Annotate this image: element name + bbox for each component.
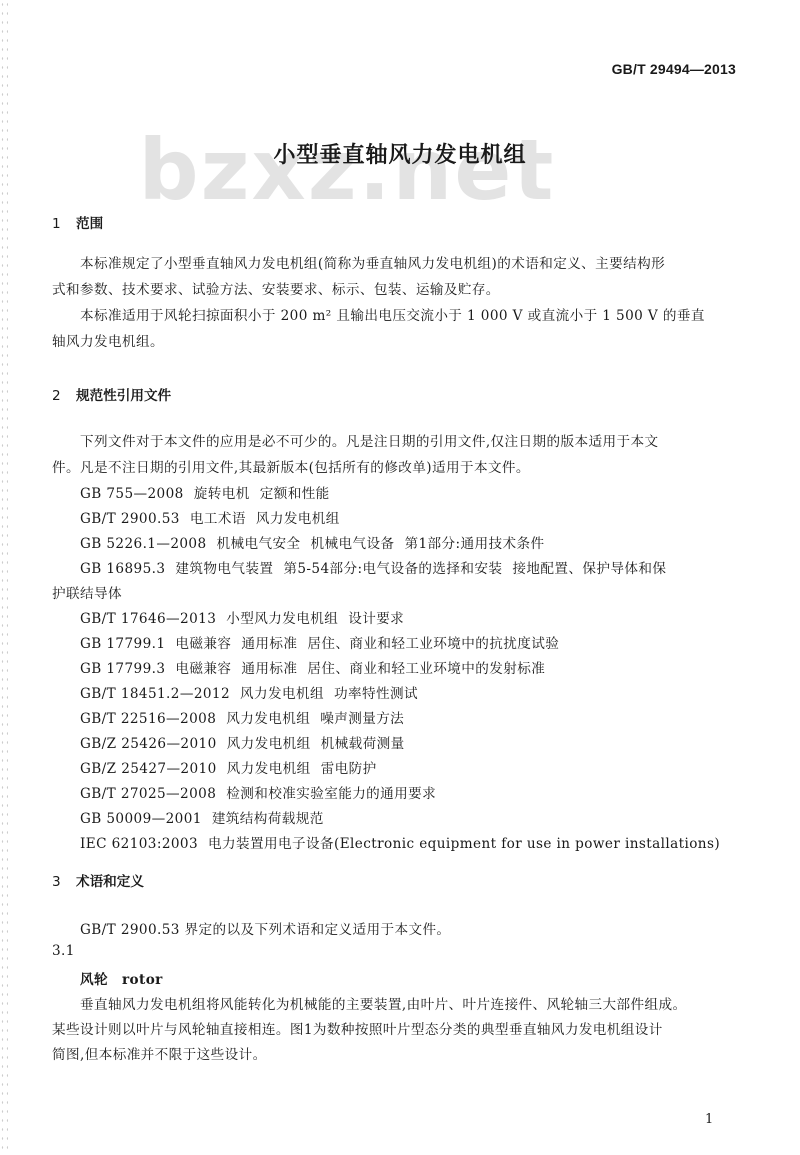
reference-code: GB/Z 25426—2010	[80, 736, 217, 752]
reference-title-part: 风力发电机组	[240, 686, 324, 702]
section-number: 3	[52, 874, 76, 890]
document-title: 小型垂直轴风力发电机组	[0, 138, 800, 169]
section-title: 术语和定义	[76, 874, 144, 890]
reference-code: GB 50009—2001	[80, 811, 202, 827]
section-title: 范围	[76, 216, 103, 232]
reference-item: GB/T 18451.2—2012风力发电机组功率特性测试	[80, 682, 428, 702]
section-number: 1	[52, 216, 76, 232]
reference-title-part: 风力发电机组	[227, 761, 311, 777]
reference-item: GB/T 22516—2008风力发电机组噪声测量方法	[80, 707, 414, 727]
reference-title-part: 旋转电机	[194, 486, 250, 502]
reference-item: GB 5226.1—2008机械电气安全机械电气设备第1部分:通用技术条件	[80, 532, 554, 552]
reference-item: GB/T 2900.53电工术语风力发电机组	[80, 507, 350, 527]
reference-title-part: 机械电气安全	[217, 536, 301, 552]
term-chinese: 风轮	[80, 972, 108, 988]
paragraph-line: 式和参数、技术要求、试验方法、安装要求、标示、包装、运输及贮存。	[52, 278, 500, 298]
reference-title-part: 电磁兼容	[175, 636, 231, 652]
reference-code: IEC 62103:2003	[80, 836, 198, 852]
section-2-heading: 2规范性引用文件	[52, 384, 171, 404]
standard-code: GB/T 29494—2013	[600, 61, 736, 77]
reference-item: GB 755—2008旋转电机定额和性能	[80, 482, 340, 502]
reference-title-part: 建筑物电气装置	[175, 561, 273, 577]
reference-title-part: 雷电防护	[321, 761, 377, 777]
reference-item: GB 17799.1电磁兼容通用标准居住、商业和轻工业环境中的抗扰度试验	[80, 632, 569, 652]
section-3-heading: 3术语和定义	[52, 870, 144, 890]
reference-item: GB/Z 25426—2010风力发电机组机械载荷测量	[80, 732, 415, 752]
reference-title-part: 第5-54部分:电气设备的选择和安装	[283, 561, 502, 577]
reference-title-part: 风力发电机组	[256, 511, 340, 527]
paragraph-line: 本标准规定了小型垂直轴风力发电机组(简称为垂直轴风力发电机组)的术语和定义、主要…	[80, 252, 665, 272]
reference-title-part: 第1部分:通用技术条件	[404, 536, 544, 552]
reference-title-part: 风力发电机组	[226, 711, 310, 727]
reference-item: GB 16895.3建筑物电气装置第5-54部分:电气设备的选择和安装接地配置、…	[80, 557, 676, 577]
reference-code: GB 755—2008	[80, 486, 184, 502]
reference-code: GB/T 2900.53	[80, 511, 180, 527]
section-number: 2	[52, 388, 76, 404]
reference-title-part: 风力发电机组	[227, 736, 311, 752]
term-entry: 风轮rotor	[80, 968, 163, 988]
reference-item: GB 17799.3电磁兼容通用标准居住、商业和轻工业环境中的发射标准	[80, 657, 555, 677]
reference-code: GB/Z 25427—2010	[80, 761, 217, 777]
reference-title-part: 噪声测量方法	[320, 711, 404, 727]
reference-title-part: 功率特性测试	[334, 686, 418, 702]
watermark: bzxz.net	[132, 120, 562, 220]
reference-code: GB/T 18451.2—2012	[80, 686, 230, 702]
page-number: 1	[705, 1112, 713, 1127]
reference-code: GB/T 27025—2008	[80, 786, 216, 802]
section-1-heading: 1范围	[52, 212, 103, 232]
reference-title-part: 通用标准	[241, 661, 297, 677]
reference-code: GB 17799.1	[80, 636, 165, 652]
reference-title-part: 电力装置用电子设备(Electronic equipment for use i…	[208, 836, 720, 852]
reference-title-part: 建筑结构荷载规范	[212, 811, 324, 827]
reference-continuation: 护联结导体	[52, 582, 122, 602]
reference-title-part: 小型风力发电机组	[226, 611, 338, 627]
reference-title-part: 居住、商业和轻工业环境中的发射标准	[307, 661, 545, 677]
paragraph-line: GB/T 2900.53 界定的以及下列术语和定义适用于本文件。	[80, 918, 450, 938]
reference-title-part: 电工术语	[190, 511, 246, 527]
reference-code: GB 16895.3	[80, 561, 165, 577]
reference-code: GB/T 17646—2013	[80, 611, 216, 627]
reference-title-part: 设计要求	[348, 611, 404, 627]
paragraph-line: 件。凡是不注日期的引用文件,其最新版本(包括所有的修改单)适用于本文件。	[52, 456, 530, 476]
reference-title-part: 居住、商业和轻工业环境中的抗扰度试验	[307, 636, 559, 652]
definition-line: 简图,但本标准并不限于这些设计。	[52, 1043, 267, 1063]
reference-title-part: 接地配置、保护导体和保	[512, 561, 666, 577]
paragraph-line: 轴风力发电机组。	[52, 330, 164, 350]
definition-line: 垂直轴风力发电机组将风能转化为机械能的主要装置,由叶片、叶片连接件、风轮轴三大部…	[80, 993, 686, 1013]
reference-code: GB 5226.1—2008	[80, 536, 207, 552]
reference-item: GB 50009—2001建筑结构荷载规范	[80, 807, 334, 827]
reference-code: GB/T 22516—2008	[80, 711, 216, 727]
term-english: rotor	[122, 972, 163, 988]
clause-number: 3.1	[52, 943, 75, 959]
reference-code: GB 17799.3	[80, 661, 165, 677]
reference-item: GB/Z 25427—2010风力发电机组雷电防护	[80, 757, 387, 777]
reference-title-part: 机械载荷测量	[321, 736, 405, 752]
reference-title-part: 通用标准	[241, 636, 297, 652]
reference-title-part: 定额和性能	[260, 486, 330, 502]
definition-line: 某些设计则以叶片与风轮轴直接相连。图1为数种按照叶片型态分类的典型垂直轴风力发电…	[52, 1018, 663, 1038]
reference-item: IEC 62103:2003电力装置用电子设备(Electronic equip…	[80, 832, 730, 852]
reference-title-part: 检测和校准实验室能力的通用要求	[226, 786, 436, 802]
paragraph-line: 本标准适用于风轮扫掠面积小于 200 m² 且输出电压交流小于 1 000 V …	[80, 304, 705, 324]
paragraph-line: 下列文件对于本文件的应用是必不可少的。凡是注日期的引用文件,仅注日期的版本适用于…	[80, 430, 658, 450]
reference-title-part: 机械电气设备	[311, 536, 395, 552]
reference-title-part: 电磁兼容	[175, 661, 231, 677]
reference-item: GB/T 27025—2008检测和校准实验室能力的通用要求	[80, 782, 446, 802]
section-title: 规范性引用文件	[76, 388, 171, 404]
scan-edge-artifact	[0, 0, 8, 1155]
reference-item: GB/T 17646—2013小型风力发电机组设计要求	[80, 607, 414, 627]
